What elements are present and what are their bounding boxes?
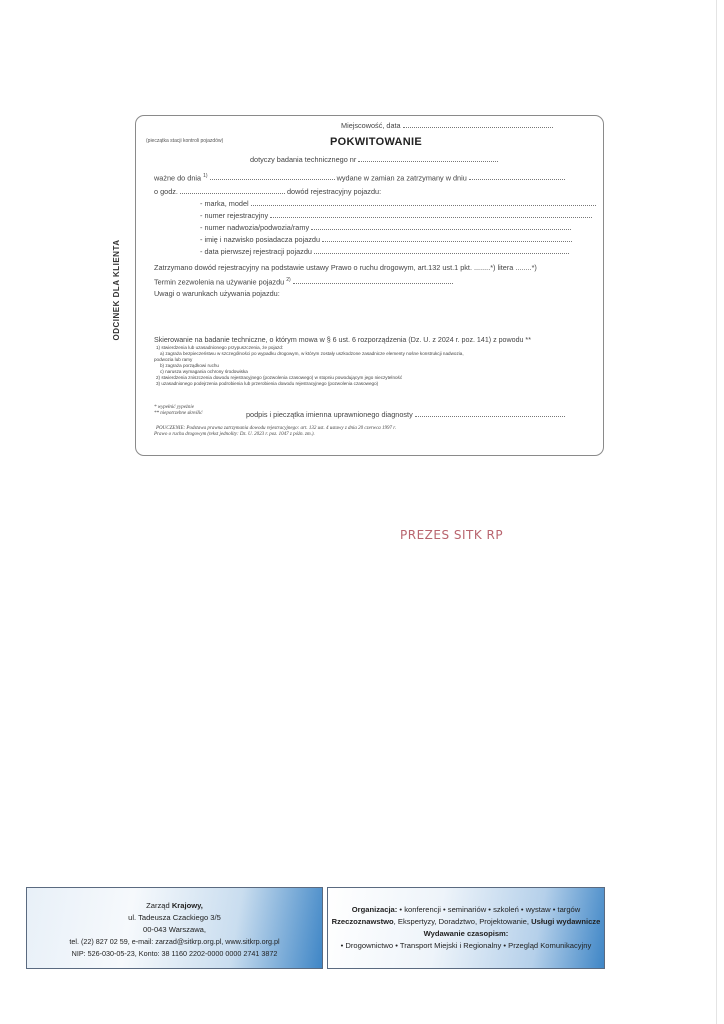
page-edge [716,0,717,1024]
footer-services-box: Organizacja: • konferencji • seminariów … [327,887,605,969]
footer-city: 00-043 Warszawa, [27,924,322,936]
field-first-registration[interactable]: - data pierwszej rejestracji pojazdu [200,247,569,256]
side-label: ODCINEK DLA KLIENTA [112,230,126,350]
owner-name-input[interactable] [322,235,572,242]
valid-until-field[interactable]: ważne do dnia 1) wydane w zamian za zatr… [154,173,565,182]
valid-until-label: ważne do dnia [154,173,201,182]
footer-organization: Organizacja: • konferencji • seminariów … [328,904,604,916]
permit-label: Termin zezwolenia na używanie pojazdu [154,277,284,286]
footer-contact: tel. (22) 827 02 59, e-mail: zarzad@sitk… [27,936,322,948]
retained-text: Zatrzymano dowód rejestracyjny na podsta… [154,263,537,272]
publishing-bold: Usługi wydawnicze [531,917,600,926]
signature-input[interactable] [415,410,565,417]
signature-label: podpis i pieczątka imienna uprawnionego … [246,410,413,419]
permit-input[interactable] [293,277,453,284]
footer-bank: NIP: 526-030-05-23, Konto: 38 1160 2202-… [27,948,322,960]
field-label: - marka, model [200,199,249,208]
organization-label: Organizacja: [352,905,398,914]
inspection-number-field[interactable]: dotyczy badania technicznego nr [250,155,498,164]
first-registration-input[interactable] [314,247,569,254]
footer-magazines: • Drogownictwo • Transport Miejski i Reg… [328,940,604,952]
field-registration-number[interactable]: - numer rejestracyjny [200,211,592,220]
reason-3: 3) uzasadnionego podejrzenia podrobienia… [156,381,378,387]
doc-label: dowód rejestracyjny pojazdu: [287,187,381,196]
president-stamp: PREZES SITK RP [400,528,503,542]
footer-address-box: Zarząd Krajowy, ul. Tadeusza Czackiego 3… [26,887,323,969]
hour-input[interactable] [180,187,285,194]
hour-label: o godz. [154,187,178,196]
valid-until-input[interactable] [210,173,335,180]
remarks-label: Uwagi o warunkach używania pojazdu: [154,289,280,298]
valid-until-sup: 1) [203,173,207,179]
footer-org-name: Zarząd Krajowy, [27,900,322,912]
place-date-label: Miejscowość, data [341,121,401,130]
referral-text: Skierowanie na badanie techniczne, o któ… [154,336,531,344]
org-name-bold: Krajowy, [172,901,203,910]
issued-date-input[interactable] [469,173,565,180]
expertise-list: , Ekspertyzy, Doradztwo, Projektowanie, [394,917,531,926]
permit-sup: 2) [286,277,290,283]
org-name-normal: Zarząd [146,901,172,910]
field-vin[interactable]: - numer nadwozia/podwozia/ramy [200,223,571,232]
instruction-line-2: Prawo o ruchu drogowym (tekst jednolity:… [154,432,315,438]
place-date-input[interactable] [403,121,553,128]
expertise-bold: Rzeczoznawstwo [332,917,394,926]
vin-input[interactable] [311,223,571,230]
magazines-label: Wydawanie czasopism: [424,929,509,938]
inspection-label: dotyczy badania technicznego nr [250,155,356,164]
registration-number-input[interactable] [270,211,592,218]
organization-list: • konferencji • seminariów • szkoleń • w… [397,905,580,914]
issued-label: wydane w zamian za zatrzymany w dniu [337,173,467,182]
reason-1a: a) zagraża bezpieczeństwu w szczególnośc… [160,351,464,357]
footer-magazines-label: Wydawanie czasopism: [328,928,604,940]
stamp-label: (pieczątka stacji kontroli pojazdów) [146,138,223,144]
footer-expertise: Rzeczoznawstwo, Ekspertyzy, Doradztwo, P… [328,916,604,928]
field-label: - imię i nazwisko posiadacza pojazdu [200,235,320,244]
field-label: - data pierwszej rejestracji pojazdu [200,247,312,256]
permit-field[interactable]: Termin zezwolenia na używanie pojazdu 2) [154,277,453,286]
make-model-input[interactable] [251,199,596,206]
note-2: ** niepotrzebne skreślić [154,411,202,417]
footer-street: ul. Tadeusza Czackiego 3/5 [27,912,322,924]
field-owner-name[interactable]: - imię i nazwisko posiadacza pojazdu [200,235,572,244]
field-make-model[interactable]: - marka, model [200,199,596,208]
inspection-number-input[interactable] [358,155,498,162]
form-title: POKWITOWANIE [330,136,422,148]
field-label: - numer rejestracyjny [200,211,268,220]
place-date-field[interactable]: Miejscowość, data [341,121,553,130]
hour-field[interactable]: o godz. dowód rejestracyjny pojazdu: [154,187,381,196]
field-label: - numer nadwozia/podwozia/ramy [200,223,309,232]
signature-field[interactable]: podpis i pieczątka imienna uprawnionego … [246,410,565,419]
